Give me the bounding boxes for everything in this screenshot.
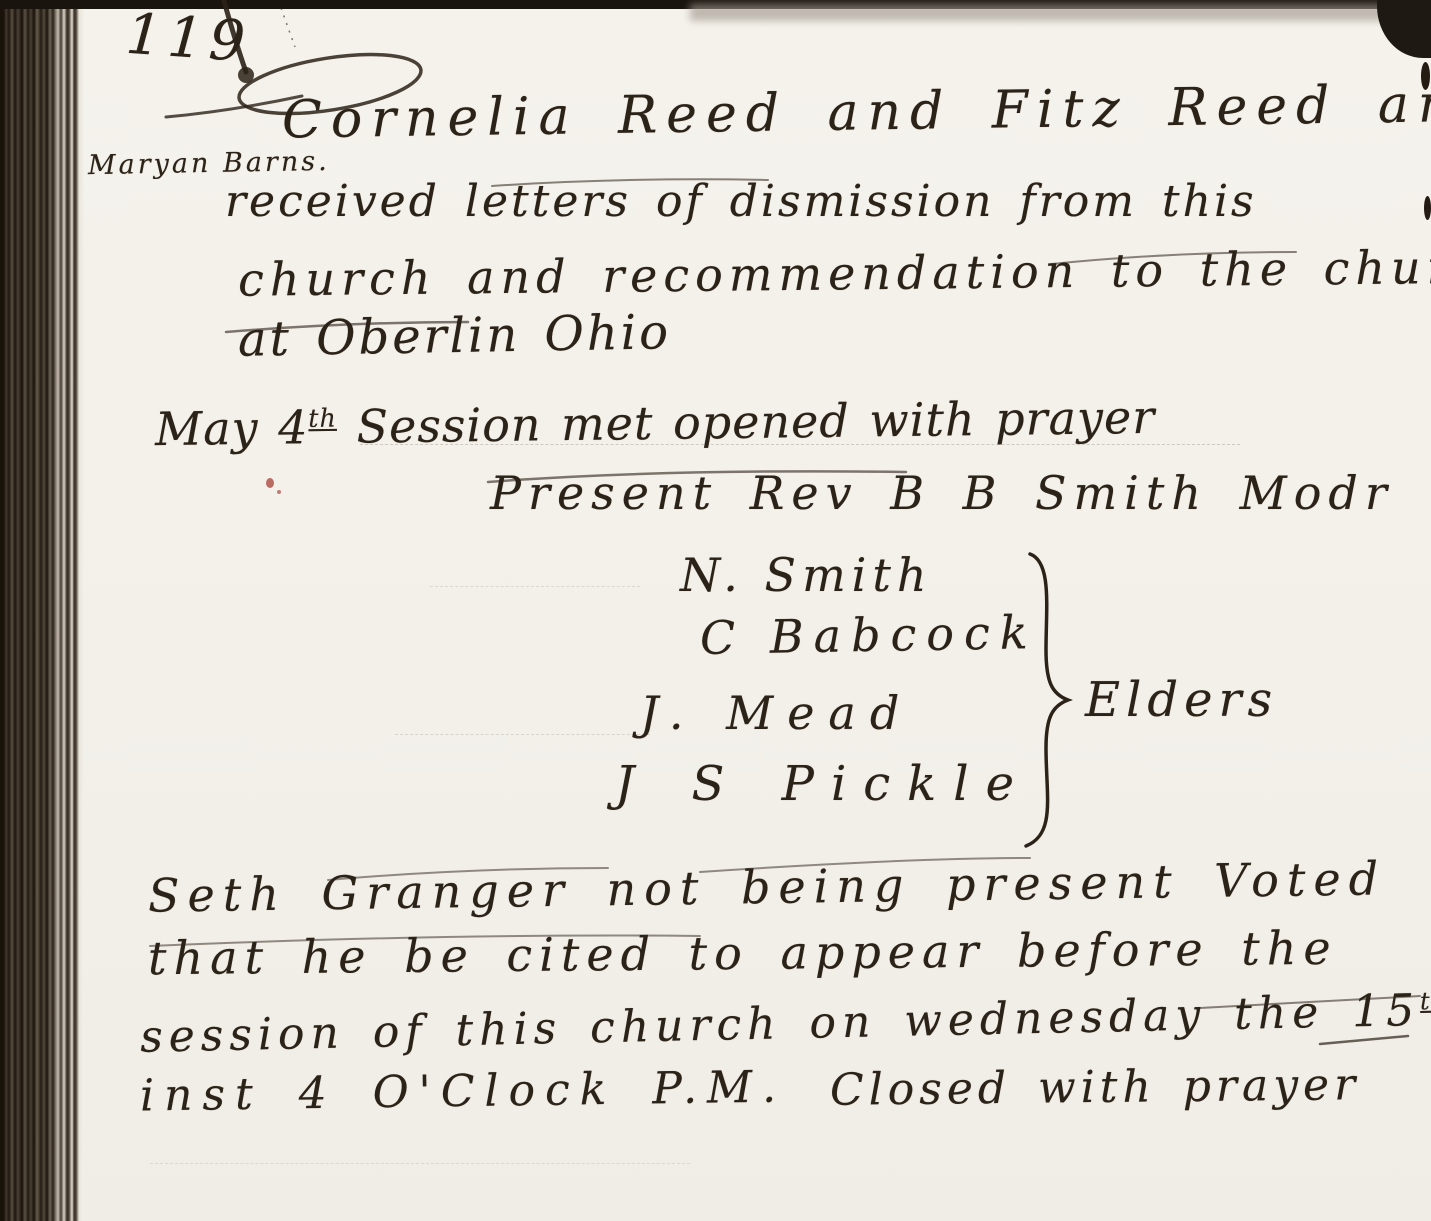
granger-line-3: session of this church on wednesday the … xyxy=(140,984,1431,1063)
attendee-name-3: J. Mead xyxy=(640,686,913,740)
right-edge-ink-mark xyxy=(1424,196,1431,220)
ordinal-suffix: th xyxy=(308,404,337,433)
present-line: Present Rev B B Smith Modr xyxy=(490,466,1394,520)
dismission-line-received: received letters of dismission from this xyxy=(225,176,1257,227)
corner-shadow-topright xyxy=(1377,0,1431,58)
attendee-name-1: N. Smith xyxy=(680,548,933,602)
session-date: May 4 xyxy=(155,400,309,456)
attendee-name-2: C Babcock xyxy=(700,605,1038,665)
faint-guide-line xyxy=(430,586,640,587)
red-ink-speck xyxy=(277,490,281,494)
closing-line: Closed with prayer xyxy=(830,1059,1361,1116)
attendee-name-4: J S Pickle xyxy=(615,756,1031,812)
dismission-line-oberlin: at Oberlin Ohio xyxy=(238,304,672,368)
granger-line-3-text: session of this church on wednesday the … xyxy=(140,985,1421,1063)
session-heading: May 4th Session met opened with prayer xyxy=(155,390,1156,456)
dismission-line-names: Cornelia Reed and Fitz Reed and xyxy=(282,73,1431,150)
dismission-line-church: church and recommendation to the church xyxy=(238,239,1431,306)
faint-guide-line xyxy=(395,734,650,735)
page-number: 119 xyxy=(124,2,253,76)
ordinal-suffix: th xyxy=(1420,987,1431,1016)
book-binding-edge xyxy=(0,0,84,1221)
granger-line-2: that he be cited to appear before the xyxy=(148,921,1338,985)
elders-label: Elders xyxy=(1085,672,1278,728)
granger-line-1: Seth Granger not being present Voted xyxy=(148,851,1387,922)
granger-line-4: inst 4 O'Clock P.M. xyxy=(140,1061,787,1121)
session-heading-rest: Session met opened with prayer xyxy=(337,390,1156,454)
red-ink-speck xyxy=(266,478,274,488)
faint-guide-line xyxy=(150,1163,690,1164)
scanned-ledger-page: 119 Maryan Barns. Cornelia Reed and Fitz… xyxy=(0,0,1431,1221)
top-edge-smudge xyxy=(690,4,1390,21)
